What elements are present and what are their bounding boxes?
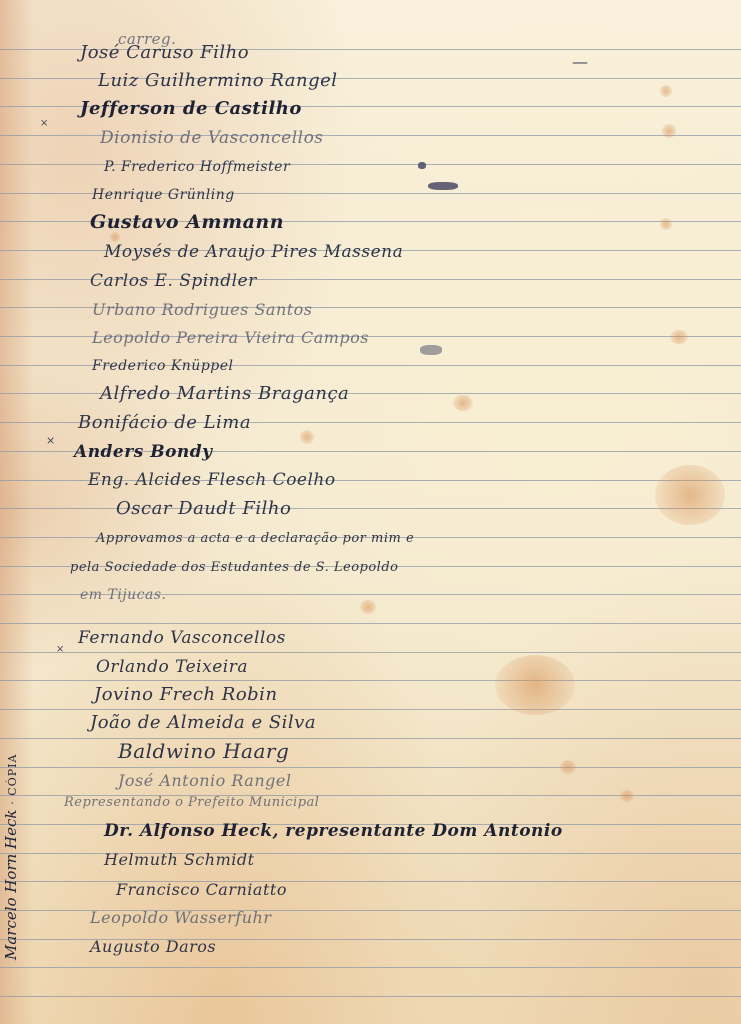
ruled-line <box>0 767 741 768</box>
ruled-line <box>0 709 741 710</box>
signature-line: Dionisio de Vasconcellos <box>100 128 324 148</box>
signature-line: Fernando Vasconcellos <box>78 628 286 648</box>
signature-line: Eng. Alcides Flesch Coelho <box>88 470 336 490</box>
signature-line: Carlos E. Spindler <box>90 271 257 291</box>
signature-line: Orlando Teixeira <box>96 657 248 677</box>
margin-note: Marcelo Horn Heck · CÓPIA <box>2 754 20 960</box>
signature-line: José Caruso Filho <box>80 42 249 63</box>
signature-line: Gustavo Ammann <box>90 211 284 233</box>
signature-line: Henrique Grünling <box>92 187 235 203</box>
signature-line: Oscar Daudt Filho <box>116 498 291 519</box>
ink-blot <box>428 182 458 190</box>
stain <box>110 232 120 242</box>
ink-blot <box>418 162 426 169</box>
x-mark: × <box>56 644 64 655</box>
ruled-line <box>0 881 741 882</box>
signature-line: Urbano Rodrigues Santos <box>92 300 313 319</box>
signature-line: Leopoldo Wasserfuhr <box>90 908 272 927</box>
ledger-page: carreg. José Caruso FilhoLuiz Guilhermin… <box>0 0 741 1024</box>
signature-line: Augusto Daros <box>90 937 216 956</box>
signature-line: Dr. Alfonso Heck, representante Dom Anto… <box>104 821 563 841</box>
signature-line: Alfredo Martins Bragança <box>100 383 349 404</box>
stain <box>655 465 725 525</box>
ruled-line <box>0 738 741 739</box>
margin-note-name: Marcelo Horn Heck <box>2 809 20 960</box>
signature-line: Bonifácio de Lima <box>78 412 251 433</box>
signature-line: Luiz Guilhermino Rangel <box>98 70 338 91</box>
stain <box>300 430 314 444</box>
stain <box>660 85 672 97</box>
signature-line: pela Sociedade dos Estudantes de S. Leop… <box>70 560 398 575</box>
signature-line: Approvamos a acta e a declaração por mim… <box>96 531 414 546</box>
stain <box>495 655 575 715</box>
signature-line: Leopoldo Pereira Vieira Campos <box>92 328 369 347</box>
signature-line: Baldwino Haarg <box>118 739 289 763</box>
signature-line: Jovino Frech Robin <box>94 684 278 705</box>
signature-line: em Tijucas. <box>80 587 167 603</box>
ruled-line <box>0 680 741 681</box>
signature-line: João de Almeida e Silva <box>90 712 316 733</box>
signature-line: P. Frederico Hoffmeister <box>104 159 290 175</box>
stain <box>660 218 672 230</box>
ruled-line <box>0 996 741 997</box>
stain <box>670 330 688 344</box>
stain <box>662 124 676 138</box>
ruled-line <box>0 623 741 624</box>
ruled-line <box>0 508 741 509</box>
ruled-line <box>0 652 741 653</box>
ruled-line <box>0 967 741 968</box>
stain <box>453 395 473 411</box>
stain <box>360 600 376 614</box>
signature-line: Francisco Carniatto <box>116 880 287 899</box>
signature-line: Helmuth Schmidt <box>104 850 255 869</box>
ink-blot <box>420 345 442 355</box>
signature-line: Jefferson de Castilho <box>80 98 302 119</box>
signature-line: Anders Bondy <box>74 442 213 462</box>
stain <box>560 760 576 774</box>
x-mark: × <box>46 434 55 447</box>
signature-line: José Antonio Rangel <box>118 771 291 790</box>
signature-line: Representando o Prefeito Municipal <box>64 795 319 810</box>
signature-line: Moysés de Araujo Pires Massena <box>104 242 403 262</box>
signature-line: Frederico Knüppel <box>92 358 234 374</box>
x-mark: × <box>40 118 48 129</box>
margin-note-copy-label: · CÓPIA <box>6 754 19 805</box>
stain <box>620 790 634 802</box>
dash-mark: — <box>572 52 588 71</box>
